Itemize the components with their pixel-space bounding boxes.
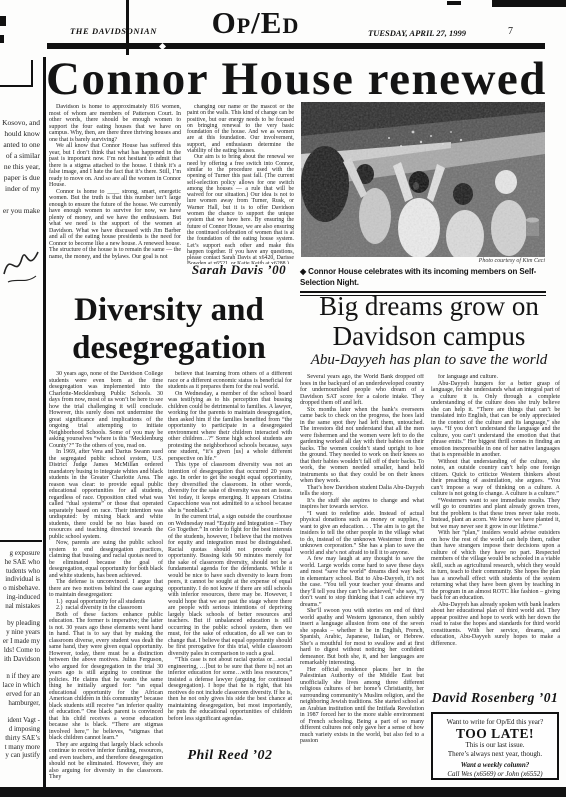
paragraph: d imposing bbox=[0, 725, 40, 734]
paragraph: In 1969, after Vera and Darius Swann sue… bbox=[49, 449, 163, 540]
paragraph bbox=[0, 663, 40, 672]
paragraph: We all know that Connor House has suffer… bbox=[49, 143, 181, 189]
cutoff-column-upper: Kosovo, andhould knowanted to oneof a si… bbox=[0, 117, 40, 216]
diversity-headline: Diversity and desegregation bbox=[44, 291, 294, 367]
paragraph: inder of my bbox=[0, 183, 40, 194]
diversity-headline-line1: Diversity and bbox=[44, 291, 294, 329]
box-corner-fragment bbox=[0, 85, 33, 87]
paragraph: y nine years bbox=[0, 628, 40, 637]
section-title: Op/Ed bbox=[193, 5, 318, 41]
dreams-headline: Big dreams grow on Davidson campus bbox=[296, 291, 562, 351]
paragraph: Davidson is home to approximately 816 wo… bbox=[49, 104, 181, 143]
paragraph: nal mistakes bbox=[0, 602, 40, 611]
paragraph: This type of classroom diversity was not… bbox=[168, 462, 292, 514]
paragraph: ith Davidson bbox=[0, 655, 40, 664]
margin-divider-rule bbox=[0, 540, 42, 542]
paragraph: Abu-Dayyeh hungers for a better grasp of… bbox=[431, 381, 560, 459]
paragraph: individual is bbox=[0, 575, 40, 584]
adbox-last-issue: This is our last issue. bbox=[433, 741, 557, 750]
paragraph: Both of these factors enhance public edu… bbox=[49, 612, 163, 742]
scan-artifact-tick bbox=[0, 16, 6, 26]
adbox-column-question: Want a weekly column? bbox=[433, 761, 557, 770]
diversity-headline-line2: desegregation bbox=[44, 329, 294, 367]
adbox-next-year: There’s always next year, though. bbox=[433, 750, 557, 759]
paragraph: Several years ago, the World Bank droppe… bbox=[300, 374, 424, 407]
paragraph: of a similar bbox=[0, 150, 40, 161]
box-corner-fragment bbox=[31, 60, 33, 87]
signature-scribble bbox=[2, 240, 40, 286]
paragraph: They are arguing that largely black scho… bbox=[49, 742, 163, 781]
paragraph: y can justify bbox=[0, 751, 40, 760]
paragraph: It’s the stuff she aspires to change and… bbox=[300, 498, 424, 511]
dreams-headline-line2: Davidson campus bbox=[296, 321, 562, 351]
diversity-byline: Phil Reed ’02 bbox=[166, 748, 294, 764]
paragraph: Without that understanding of the cultur… bbox=[431, 459, 560, 498]
paragraph: Her official residence places her in the… bbox=[300, 667, 424, 745]
paragraph: Kosovo, and bbox=[0, 117, 40, 128]
publication-name: THE DAVIDSONIAN bbox=[70, 26, 157, 36]
paragraph: In the current trial, a sign outside the… bbox=[168, 514, 292, 657]
paragraph: “I want to redefine aide. Instead of act… bbox=[300, 511, 424, 557]
paragraph: anted to one bbox=[0, 139, 40, 150]
paragraph: “This case is not about racial quotas or… bbox=[168, 657, 292, 722]
paragraph: by pleading bbox=[0, 619, 40, 628]
adbox-too-late: TOO LATE! bbox=[433, 726, 557, 741]
paragraph: changing our name or the mascot or the p… bbox=[187, 104, 294, 154]
page-edge-rule bbox=[43, 57, 46, 791]
dreams-subhead: Abu-Dayyeh has plan to save the world bbox=[290, 352, 566, 369]
photo-caption-text: Connor House celebrates with its incomin… bbox=[300, 267, 536, 287]
paragraph: erved for an bbox=[0, 690, 40, 699]
paragraph: er you make bbox=[0, 205, 40, 216]
paragraph: tudents who bbox=[0, 567, 40, 576]
photo-caption: ◆ Connor House celebrates with its incom… bbox=[300, 267, 552, 288]
connor-headline: Connor House renewed bbox=[46, 52, 564, 106]
issue-date: TUESDAY, APRIL 27, 1999 bbox=[368, 28, 466, 38]
paragraph: hould know bbox=[0, 128, 40, 139]
header-rule bbox=[47, 43, 545, 49]
paragraph: ne this year, bbox=[0, 161, 40, 172]
bottom-page-rule bbox=[0, 787, 566, 797]
adbox-contact: Call Wes (x6569) or John (x6552) bbox=[433, 770, 557, 779]
page-number: 7 bbox=[508, 26, 513, 37]
paragraph: That’s how Davidson student Dalia Abu-Da… bbox=[300, 485, 424, 498]
dreams-headline-line1: Big dreams grow on bbox=[296, 291, 562, 321]
paragraph: thirty SAE’s bbox=[0, 734, 40, 743]
paragraph: g exposure bbox=[0, 549, 40, 558]
scan-artifact-bar bbox=[492, 0, 566, 7]
diversity-column-1: 30 years ago, none of the Davidson Colle… bbox=[49, 371, 163, 788]
connor-column-2: changing our name or the mascot or the p… bbox=[187, 104, 294, 264]
paragraph: hamburger, bbox=[0, 699, 40, 708]
paragraph: Now, parents are suing the public school… bbox=[49, 540, 163, 579]
newspaper-page: Kosovo, andhould knowanted to oneof a si… bbox=[0, 0, 566, 800]
paragraph: A few may laugh at any thought to save t… bbox=[300, 556, 424, 608]
paragraph: With her “plan,” insiders would advise o… bbox=[431, 530, 560, 602]
paragraph: t many more bbox=[0, 743, 40, 752]
paragraph: n if they are bbox=[0, 672, 40, 681]
photo-credit: Photo courtesy of Kim Ceci bbox=[301, 258, 545, 264]
paragraph: Connor is home to ____ strong, smart, en… bbox=[49, 189, 181, 261]
dreams-column-1: Several years ago, the World Bank droppe… bbox=[300, 374, 424, 782]
photo-illustration bbox=[301, 102, 545, 257]
paragraph: On Wednesday, a member of the school boa… bbox=[168, 391, 292, 463]
paragraph: o misbehave. bbox=[0, 584, 40, 593]
paragraph: ing-induced bbox=[0, 593, 40, 602]
connor-column-1: Davidson is home to approximately 816 wo… bbox=[49, 104, 181, 280]
scan-artifact-dash bbox=[447, 1, 461, 5]
paragraph: believe that learning from others of a d… bbox=[168, 371, 292, 391]
oped-announcement-box: Want to write for Op/Ed this year? TOO L… bbox=[431, 712, 559, 780]
cutoff-column-lower: g exposurehe SAE whotudents whoindividua… bbox=[0, 549, 40, 760]
paragraph: “Westerners want to see immediate result… bbox=[431, 498, 560, 531]
paragraph: She’ll swoon you with stories on end of … bbox=[300, 608, 424, 667]
paragraph: 30 years ago, none of the Davidson Colle… bbox=[49, 371, 163, 449]
paragraph: paper is due bbox=[0, 172, 40, 183]
paragraph: Our aim is to bring about the renewal we… bbox=[187, 154, 294, 264]
paragraph: he SAE who bbox=[0, 558, 40, 567]
adbox-question: Want to write for Op/Ed this year? bbox=[433, 718, 557, 726]
diversity-column-2: believe that learning from others of a d… bbox=[168, 371, 292, 745]
paragraph: ident Vagt - bbox=[0, 716, 40, 725]
paragraph: lace in which bbox=[0, 681, 40, 690]
dreams-byline: David Rosenberg ’01 bbox=[429, 690, 561, 706]
paragraph bbox=[0, 194, 40, 205]
paragraph: er I made my bbox=[0, 637, 40, 646]
connor-byline: Sarah Davis ’00 bbox=[183, 262, 295, 278]
paragraph bbox=[0, 707, 40, 716]
paragraph: lds! Come to bbox=[0, 646, 40, 655]
dreams-column-2: for language and culture.Abu-Dayyeh hung… bbox=[431, 374, 560, 686]
paragraph: Six months later when the bank’s oversee… bbox=[300, 407, 424, 485]
paragraph: The defense is unconvinced. I argue that… bbox=[49, 579, 163, 599]
connor-celebration-photo bbox=[301, 102, 545, 257]
scan-artifact-tick bbox=[0, 35, 4, 43]
paragraph: Abu-Dayyeh has already spoken with bank … bbox=[431, 602, 560, 648]
paragraph bbox=[0, 611, 40, 620]
